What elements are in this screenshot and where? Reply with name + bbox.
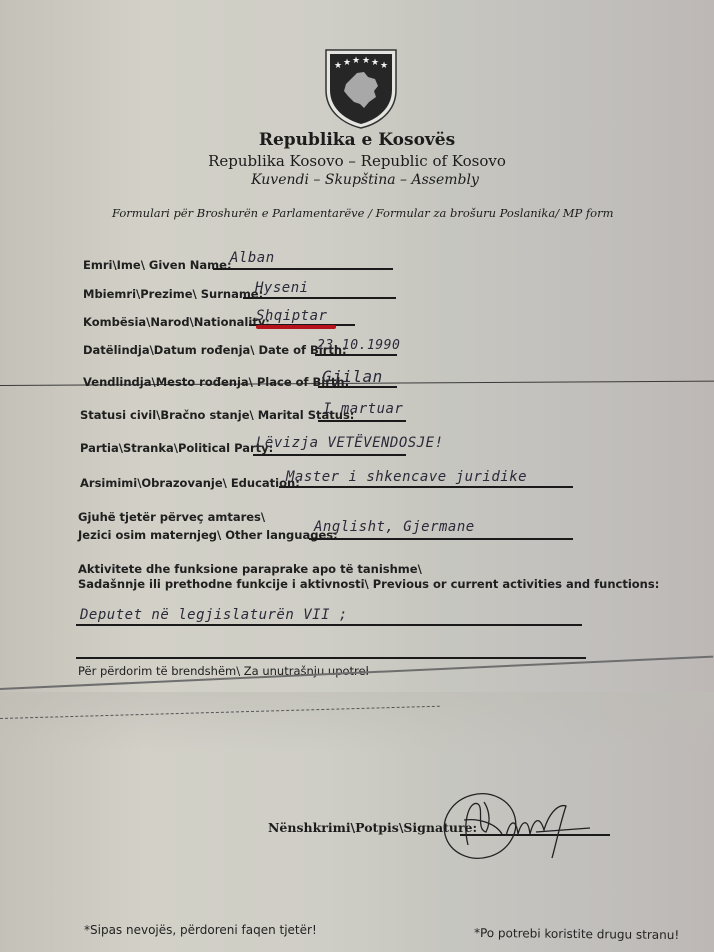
surname-line [243, 297, 396, 299]
marital-status-label: Statusi civil\Bračno stanje\ Marital Sta… [80, 408, 354, 422]
svg-text:★: ★ [343, 58, 351, 68]
svg-text:★: ★ [334, 61, 342, 71]
nationality-value: Shqiptar [256, 308, 327, 324]
given-name-line [213, 268, 393, 270]
red-underline-mark [256, 325, 336, 329]
date-of-birth-value: 23.10.1990 [317, 338, 400, 353]
languages-label-line2: Jezici osim maternjeg\ Other languages: [78, 528, 338, 542]
internal-use-label: Për përdorim të brendshëm\ Za unutrašnju… [78, 664, 368, 678]
nationality-label: Kombësia\Narod\Nationality: [83, 315, 270, 329]
footer-note-albanian: *Sipas nevojës, përdoreni faqen tjetër! [84, 923, 317, 937]
form-title: Formulari për Broshurën e Parlamentarëve… [112, 206, 614, 220]
place-of-birth-value: Gjilan [322, 367, 383, 386]
political-party-line [253, 454, 406, 456]
folded-flap-shadow [0, 692, 714, 752]
activities-line-2 [76, 657, 586, 659]
languages-value: Anglisht, Gjermane [314, 519, 475, 535]
svg-text:★: ★ [371, 58, 379, 68]
date-of-birth-line [315, 354, 397, 356]
activities-label-line1: Aktivitete dhe funksione paraprake apo t… [78, 562, 422, 576]
languages-label-line1: Gjuhë tjetër përveç amtares\ [78, 510, 265, 524]
education-value: Master i shkencave juridike [286, 469, 527, 485]
activities-label-line2: Sadašnnje ili prethodne funkcije i aktiv… [78, 577, 659, 591]
handwritten-signature [440, 790, 610, 865]
given-name-value: Alban [230, 250, 275, 266]
footer-note-serbian: *Po potrebi koristite drugu stranu! [474, 926, 679, 942]
marital-status-line [318, 420, 406, 422]
surname-label: Mbiemri\Prezime\ Surname: [83, 287, 263, 301]
surname-value: Hyseni [255, 280, 309, 296]
political-party-value: Lëvizja VETËVENDOSJE! [256, 435, 444, 451]
political-party-label: Partia\Stranka\Political Party: [80, 441, 273, 455]
activities-line-1 [76, 624, 582, 626]
given-name-label: Emri\Ime\ Given Name: [83, 258, 232, 272]
place-of-birth-line [318, 386, 397, 388]
republic-title: Republika e Kosovës [0, 130, 714, 150]
republic-subtitle: Republika Kosovo – Republic of Kosovo [0, 152, 714, 170]
svg-text:★: ★ [362, 56, 370, 66]
education-line [279, 486, 573, 488]
place-of-birth-label: Vendlindja\Mesto rođenja\ Place of Birth… [83, 375, 349, 389]
svg-text:★: ★ [352, 56, 360, 66]
activities-value: Deputet në legjislaturën VII ; [80, 607, 348, 623]
assembly-title: Kuvendi – Skupština – Assembly [0, 172, 714, 188]
date-of-birth-label: Datëlindja\Datum rođenja\ Date of Birth: [83, 343, 347, 357]
svg-text:★: ★ [380, 61, 388, 71]
kosovo-coat-of-arms-icon: ★ ★ ★ ★ ★ ★ [322, 46, 400, 130]
languages-line [309, 538, 573, 540]
education-label: Arsimimi\Obrazovanje\ Education: [80, 476, 300, 490]
marital-status-value: I martuar [323, 401, 403, 417]
